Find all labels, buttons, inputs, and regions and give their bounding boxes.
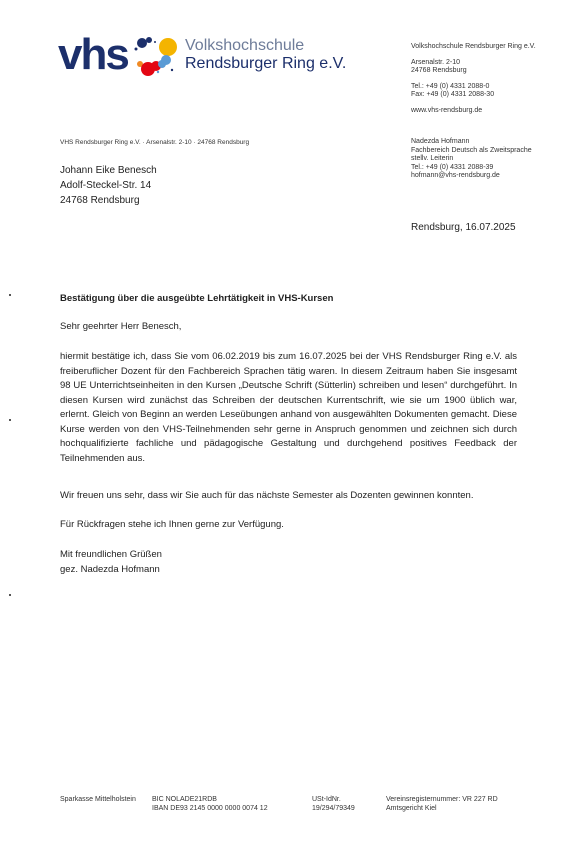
footer-vat-number: 19/294/79349 [312,805,355,814]
punch-mark [9,419,11,421]
closing-phrase: Mit freundlichen Grüßen [60,548,162,563]
header-address-block: Volkshochschule Rendsburger Ring e.V. Ar… [411,43,576,115]
recipient-address: Johann Eike Benesch Adolf-Steckel-Str. 1… [60,163,157,208]
letter-salutation: Sehr geehrter Herr Benesch, [60,321,181,332]
contact-email-link[interactable]: hofmann@vhs-rendsburg.de [411,172,532,181]
header-city: 24768 Rendsburg [411,67,576,76]
footer-iban: IBAN DE93 2145 0000 0000 0074 12 [152,805,268,814]
footer-bank-details: BIC NOLADE21RDB IBAN DE93 2145 0000 0000… [152,796,268,813]
recipient-street: Adolf-Steckel-Str. 14 [60,178,157,193]
footer-bank: Sparkasse Mittelholstein [60,796,136,805]
contact-name: Nadezda Hofmann [411,138,532,147]
logo-org-line2: Rendsburger Ring e.V. [185,55,346,73]
header-fax: Fax: +49 (0) 4331 2088-30 [411,91,576,100]
logo-dots-icon [132,34,182,80]
footer-vat: USt-IdNr. 19/294/79349 [312,796,355,813]
logo-wordmark: vhs [58,30,128,80]
header-street: Arsenalstr. 2-10 [411,59,576,68]
logo-org-line1: Volkshochschule [185,37,304,55]
header-tel: Tel.: +49 (0) 4331 2088-0 [411,83,576,92]
footer-register: Vereinsregisternummer: VR 227 RD Amtsger… [386,796,498,813]
recipient-city: 24768 Rendsburg [60,193,157,208]
recipient-name: Johann Eike Benesch [60,163,157,178]
fold-mark [9,594,11,596]
contact-department: Fachbereich Deutsch als Zweitsprache [411,147,532,156]
footer-register-number: Vereinsregisternummer: VR 227 RD [386,796,498,805]
vhs-logo: vhs Volkshochschule Rendsburger Ring e.V… [58,34,358,82]
header-org-name: Volkshochschule Rendsburger Ring e.V. [411,43,576,52]
place-date: Rendsburg, 16.07.2025 [411,222,516,233]
letter-closing: Mit freundlichen Grüßen gez. Nadezda Hof… [60,548,162,577]
header-web-link[interactable]: www.vhs-rendsburg.de [411,107,576,116]
letter-paragraph-2: Wir freuen uns sehr, dass wir Sie auch f… [60,490,473,501]
letter-subject: Bestätigung über die ausgeübte Lehrtätig… [60,293,333,304]
letter-body-paragraph: hiermit bestätige ich, dass Sie vom 06.0… [60,350,517,466]
signature: gez. Nadezda Hofmann [60,563,162,578]
contact-tel: Tel.: +49 (0) 4331 2088-39 [411,164,532,173]
footer-vat-label: USt-IdNr. [312,796,355,805]
fold-mark [9,294,11,296]
footer-court: Amtsgericht Kiel [386,805,498,814]
letter-paragraph-3: Für Rückfragen stehe ich Ihnen gerne zur… [60,519,284,530]
sender-return-line: VHS Rendsburger Ring e.V. · Arsenalstr. … [60,139,249,146]
contact-block: Nadezda Hofmann Fachbereich Deutsch als … [411,138,532,181]
footer-bic: BIC NOLADE21RDB [152,796,268,805]
contact-role: stellv. Leiterin [411,155,532,164]
